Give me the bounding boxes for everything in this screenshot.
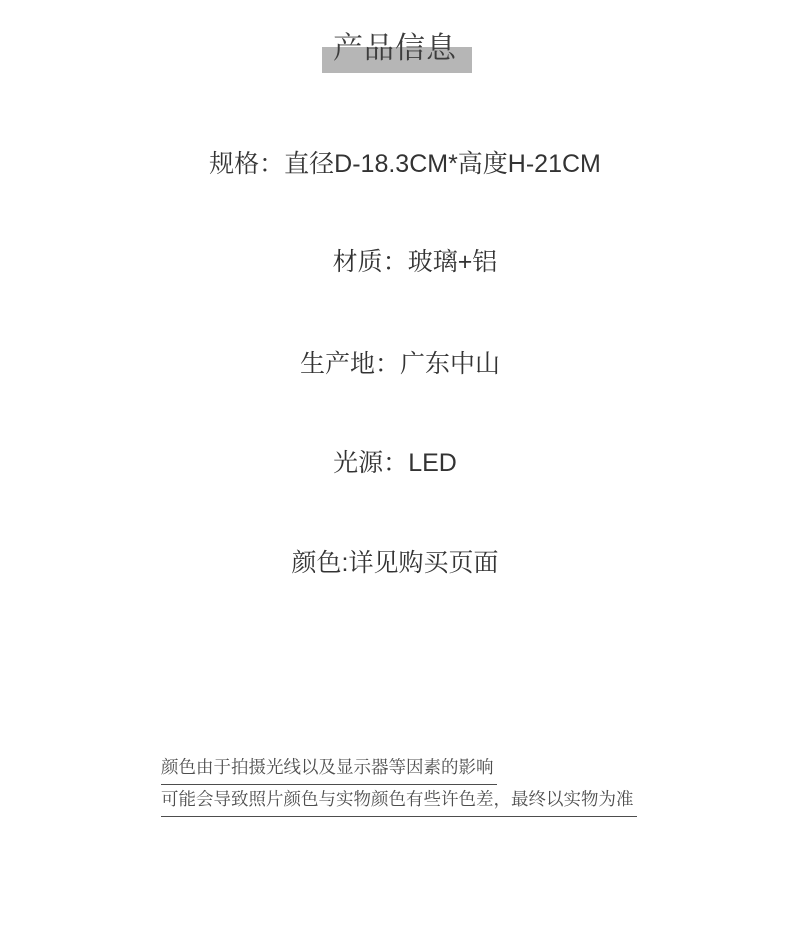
spec-label: 规格: [209, 150, 259, 178]
page-title: 产品信息: [333, 33, 457, 65]
spec-label: 生产地: [300, 350, 375, 378]
spec-value: 玻璃+铝: [408, 248, 498, 276]
spec-colon: ：: [259, 150, 284, 178]
disclaimer-line: 可能会导致照片颜色与实物颜色有些许色差，最终以实物为准: [161, 789, 637, 817]
spec-value: 直径D-18.3CM*高度H-21CM: [284, 150, 601, 178]
spec-row-material: 材质：玻璃+铝: [20, 249, 790, 276]
color-disclaimer: 颜色由于拍摄光线以及显示器等因素的影响 可能会导致照片颜色与实物颜色有些许色差，…: [161, 757, 637, 817]
spec-label: 颜色: [292, 549, 342, 577]
page-title-text: 产品信息: [333, 33, 457, 65]
spec-colon: ：: [383, 248, 408, 276]
disclaimer-line: 颜色由于拍摄光线以及显示器等因素的影响: [161, 757, 497, 785]
spec-label: 光源: [333, 449, 383, 477]
spec-value: 广东中山: [400, 350, 500, 378]
spec-row-color: 颜色:详见购买页面: [0, 550, 790, 577]
product-info-page: 产品信息 规格：直径D-18.3CM*高度H-21CM 材质：玻璃+铝 生产地：…: [0, 0, 790, 941]
spec-label: 材质: [333, 248, 383, 276]
spec-row-size: 规格：直径D-18.3CM*高度H-21CM: [10, 151, 790, 178]
spec-value: LED: [408, 449, 457, 477]
spec-colon: ：: [375, 350, 400, 378]
spec-row-light-source: 光源：LED: [0, 450, 790, 477]
spec-colon: ：: [383, 449, 408, 477]
spec-value: 详见购买页面: [348, 549, 498, 577]
spec-row-origin: 生产地：广东中山: [5, 351, 790, 378]
